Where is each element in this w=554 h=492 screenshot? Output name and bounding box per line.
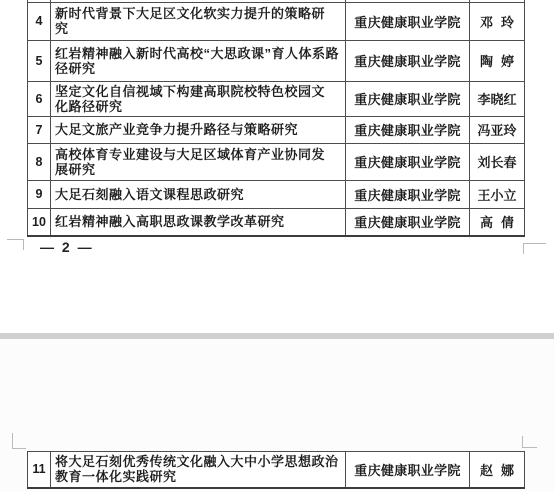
project-title: 坚定文化自信视域下构建高职院校特色校园文 化路径研究 bbox=[55, 84, 325, 114]
page-3: 11 将大足石刻优秀传统文化融入大中小学思想政治 教育一体化实践研究 重庆健康职… bbox=[0, 339, 554, 492]
project-title: 将大足石刻优秀传统文化融入大中小学思想政治 教育一体化实践研究 bbox=[55, 454, 339, 484]
project-title-cell: 大足石刻融入语文课程思政研究 bbox=[51, 180, 346, 208]
project-no-cell: 4 bbox=[28, 2, 51, 40]
project-title-cell: 红岩精神融入高职思政课教学改革研究 bbox=[51, 208, 346, 236]
org-cell: 重庆健康职业学院 bbox=[346, 2, 470, 40]
leader-name-cell: 高倩 bbox=[470, 208, 525, 236]
org-cell: 重庆健康职业学院 bbox=[346, 143, 470, 180]
project-title: 红岩精神融入新时代高校“大思政课”育人体系路 径研究 bbox=[55, 46, 339, 76]
projects-table-page3: 11 将大足石刻优秀传统文化融入大中小学思想政治 教育一体化实践研究 重庆健康职… bbox=[27, 451, 525, 489]
org-cell: 重庆健康职业学院 bbox=[346, 81, 470, 116]
leader-name-cell: 赵娜 bbox=[470, 452, 525, 488]
leader-name-cell: 李晓红 bbox=[470, 81, 525, 116]
project-title-cell: 新时代背景下大足区文化软实力提升的策略研 究 bbox=[51, 2, 346, 40]
leader-name-cell: 刘长春 bbox=[470, 143, 525, 180]
project-no-cell: 11 bbox=[28, 452, 51, 488]
leader-name: 邓玲 bbox=[480, 15, 522, 30]
margin-corner-mark bbox=[522, 436, 537, 448]
leader-name-cell: 邓玲 bbox=[470, 2, 525, 40]
table-row: 11 将大足石刻优秀传统文化融入大中小学思想政治 教育一体化实践研究 重庆健康职… bbox=[28, 452, 525, 488]
org-cell: 重庆健康职业学院 bbox=[346, 208, 470, 236]
leader-name-cell: 冯亚玲 bbox=[470, 116, 525, 143]
projects-table-page2: 4 新时代背景下大足区文化软实力提升的策略研 究 重庆健康职业学院 邓玲 5 红… bbox=[27, 0, 525, 237]
project-no-cell: 7 bbox=[28, 116, 51, 143]
table-row: 5 红岩精神融入新时代高校“大思政课”育人体系路 径研究 重庆健康职业学院 陶婷 bbox=[28, 40, 525, 81]
project-title-cell: 红岩精神融入新时代高校“大思政课”育人体系路 径研究 bbox=[51, 40, 346, 81]
table-row: 7 大足文旅产业竞争力提升路径与策略研究 重庆健康职业学院 冯亚玲 bbox=[28, 116, 525, 143]
project-title: 大足文旅产业竞争力提升路径与策略研究 bbox=[55, 122, 298, 137]
leader-name: 赵娜 bbox=[480, 463, 522, 478]
document-view: 4 新时代背景下大足区文化软实力提升的策略研 究 重庆健康职业学院 邓玲 5 红… bbox=[0, 0, 554, 492]
org-cell: 重庆健康职业学院 bbox=[346, 180, 470, 208]
project-title-cell: 坚定文化自信视域下构建高职院校特色校园文 化路径研究 bbox=[51, 81, 346, 116]
leader-name-cell: 陶婷 bbox=[470, 40, 525, 81]
project-title: 大足石刻融入语文课程思政研究 bbox=[55, 187, 244, 202]
margin-corner-mark bbox=[7, 239, 24, 250]
margin-corner-mark bbox=[12, 433, 26, 449]
project-no-cell: 8 bbox=[28, 143, 51, 180]
project-no-cell: 6 bbox=[28, 81, 51, 116]
project-no-cell: 5 bbox=[28, 40, 51, 81]
project-title: 红岩精神融入高职思政课教学改革研究 bbox=[55, 214, 285, 229]
table-row: 9 大足石刻融入语文课程思政研究 重庆健康职业学院 王小立 bbox=[28, 180, 525, 208]
project-no-cell: 9 bbox=[28, 180, 51, 208]
project-title-cell: 大足文旅产业竞争力提升路径与策略研究 bbox=[51, 116, 346, 143]
project-no-cell: 10 bbox=[28, 208, 51, 236]
page-2: 4 新时代背景下大足区文化软实力提升的策略研 究 重庆健康职业学院 邓玲 5 红… bbox=[0, 0, 554, 333]
org-cell: 重庆健康职业学院 bbox=[346, 452, 470, 488]
org-cell: 重庆健康职业学院 bbox=[346, 40, 470, 81]
table-row: 8 高校体育专业建设与大足区域体育产业协同发 展研究 重庆健康职业学院 刘长春 bbox=[28, 143, 525, 180]
project-title-cell: 高校体育专业建设与大足区域体育产业协同发 展研究 bbox=[51, 143, 346, 180]
table-row: 6 坚定文化自信视域下构建高职院校特色校园文 化路径研究 重庆健康职业学院 李晓… bbox=[28, 81, 525, 116]
table-row: 4 新时代背景下大足区文化软实力提升的策略研 究 重庆健康职业学院 邓玲 bbox=[28, 2, 525, 40]
leader-name-cell: 王小立 bbox=[470, 180, 525, 208]
project-title-cell: 将大足石刻优秀传统文化融入大中小学思想政治 教育一体化实践研究 bbox=[51, 452, 346, 488]
page-number: — 2 — bbox=[40, 239, 94, 255]
table-row: 10 红岩精神融入高职思政课教学改革研究 重庆健康职业学院 高倩 bbox=[28, 208, 525, 236]
leader-name: 陶婷 bbox=[480, 54, 522, 69]
leader-name: 高倩 bbox=[480, 215, 522, 230]
margin-corner-mark bbox=[523, 243, 546, 254]
project-title: 高校体育专业建设与大足区域体育产业协同发 展研究 bbox=[55, 147, 325, 177]
project-title: 新时代背景下大足区文化软实力提升的策略研 究 bbox=[55, 6, 325, 36]
org-cell: 重庆健康职业学院 bbox=[346, 116, 470, 143]
